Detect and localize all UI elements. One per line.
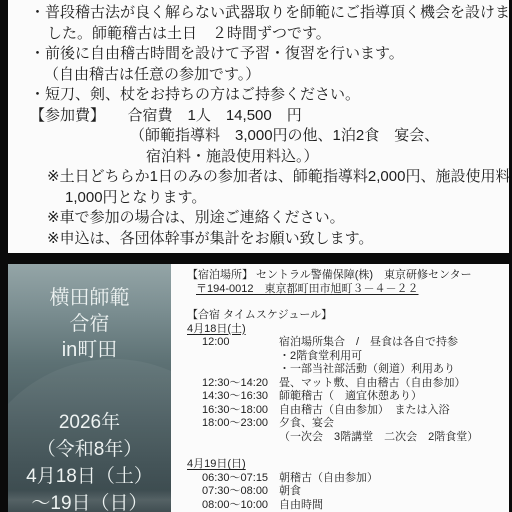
camp-title-line: in町田 (8, 337, 171, 363)
notice-line: した。師範稽古は土日 ２時間ずつです。 (8, 24, 509, 45)
schedule-desc: 自由稽古（自由参加） または入浴 (279, 404, 509, 418)
schedule-time (202, 431, 279, 445)
camp-title: 横田師範 合宿 in町田 (8, 285, 171, 363)
schedule-desc: ・2階食堂利用可 (279, 350, 509, 364)
camp-title-panel: 横田師範 合宿 in町田 2026年 （令和8年） 4月18日（土） ～19日（… (8, 264, 171, 512)
notice-line: ・普段稽古法が良く解らない武器取りを師範にご指導頂く機会を設けま (8, 3, 509, 24)
note-line: ※土日どちらか1日のみの参加者は、師範指導料2,000円、施設使用料 (8, 167, 509, 188)
camp-dates: 2026年 （令和8年） 4月18日（土） ～19日（日） (8, 409, 171, 512)
schedule-row: 16:30～18:00 自由稽古（自由参加） または入浴 (187, 404, 509, 418)
camp-date-line: （令和8年） (8, 436, 171, 463)
schedule-row: ・2階食堂利用可 (187, 350, 509, 364)
schedule-row: 12:30～14:20 畳、マット敷、自由稽古（自由参加） (187, 377, 509, 391)
schedule-time: 14:30～16:30 (202, 390, 279, 404)
schedule-time (202, 363, 279, 377)
schedule-desc: 師範稽古（ 適宜休憩あり） (279, 390, 509, 404)
schedule-row: 08:00～10:00 自由時間 (187, 499, 509, 512)
schedule-time: 08:00～10:00 (202, 499, 279, 512)
schedule-row: ・一部当社部活動（剣道）利用あり (187, 363, 509, 377)
schedule-row: 18:00～23:00 夕食、宴会 (187, 417, 509, 431)
schedule-desc: 朝食 (279, 485, 509, 499)
lodging-header: 【宿泊場所】 セントラル警備保障(株) 東京研修センター (187, 269, 509, 283)
schedule-row: 12:00 宿泊場所集合 / 昼食は各自で持参 (187, 336, 509, 350)
training-camp-flyer: ・普段稽古法が良く解らない武器取りを師範にご指導頂く機会を設けま した。師範稽古… (0, 0, 512, 512)
notice-line: ・短刀、剣、杖をお持ちの方はご持参ください。 (8, 85, 509, 106)
schedule-row: 07:30～08:00 朝食 (187, 485, 509, 499)
note-line: ※申込は、各団体幹事が集計をお願い致します。 (8, 229, 509, 250)
schedule-time: 07:30～08:00 (202, 485, 279, 499)
participation-fee-line: 【参加費】 合宿費 1人 14,500 円 (8, 106, 509, 127)
camp-date-line: ～19日（日） (8, 490, 171, 512)
schedule-time: 12:00 (202, 336, 279, 350)
fee-detail-line: （師範指導料 3,000円の他、1泊2食 宴会、 (8, 126, 509, 147)
schedule-desc: 宿泊場所集合 / 昼食は各自で持参 (279, 336, 509, 350)
schedule-time (202, 350, 279, 364)
schedule-time: 18:00～23:00 (202, 417, 279, 431)
schedule-header: 【合宿 タイムスケジュール】 (187, 309, 509, 323)
schedule-row: 14:30～16:30 師範稽古（ 適宜休憩あり） (187, 390, 509, 404)
schedule-day1-date: 4月18日(土) (187, 323, 509, 337)
schedule-time: 16:30～18:00 (202, 404, 279, 418)
schedule-time: 06:30～07:15 (202, 472, 279, 486)
camp-date-line: 2026年 (8, 409, 171, 436)
notice-section: ・普段稽古法が良く解らない武器取りを師範にご指導頂く機会を設けま した。師範稽古… (8, 0, 509, 253)
schedule-time: 12:30～14:20 (202, 377, 279, 391)
camp-title-line: 横田師範 (8, 285, 171, 311)
schedule-desc: 自由時間 (279, 499, 509, 512)
notice-line: ・前後に自由稽古時間を設けて予習・復習を行います。 (8, 44, 509, 65)
schedule-row: （一次会 3階講堂 二次会 2階食堂） (187, 431, 509, 445)
schedule-desc: 畳、マット敷、自由稽古（自由参加） (279, 377, 509, 391)
schedule-desc: 夕食、宴会 (279, 417, 509, 431)
notice-line: （自由稽古は任意の参加です。） (8, 65, 509, 86)
schedule-desc: （一次会 3階講堂 二次会 2階食堂） (279, 431, 509, 445)
note-line: ※車で参加の場合は、別途ご連絡ください。 (8, 208, 509, 229)
schedule-desc: 朝稽古（自由参加） (279, 472, 509, 486)
schedule-desc: ・一部当社部活動（剣道）利用あり (279, 363, 509, 377)
camp-info-section: 横田師範 合宿 in町田 2026年 （令和8年） 4月18日（土） ～19日（… (8, 264, 509, 512)
camp-date-line: 4月18日（土） (8, 463, 171, 490)
camp-title-line: 合宿 (8, 311, 171, 337)
note-line: 1,000円となります。 (8, 188, 509, 209)
schedule-row: 06:30～07:15 朝稽古（自由参加） (187, 472, 509, 486)
section-divider (0, 253, 512, 264)
schedule-day2-date: 4月19日(日) (187, 458, 509, 472)
fee-detail-line: 宿泊料・施設使用料込。） (8, 147, 509, 168)
lodging-address: 〒194-0012 東京都町田市旭町３－４－２２ (187, 283, 509, 297)
details-pane: 【宿泊場所】 セントラル警備保障(株) 東京研修センター 〒194-0012 東… (171, 264, 509, 512)
